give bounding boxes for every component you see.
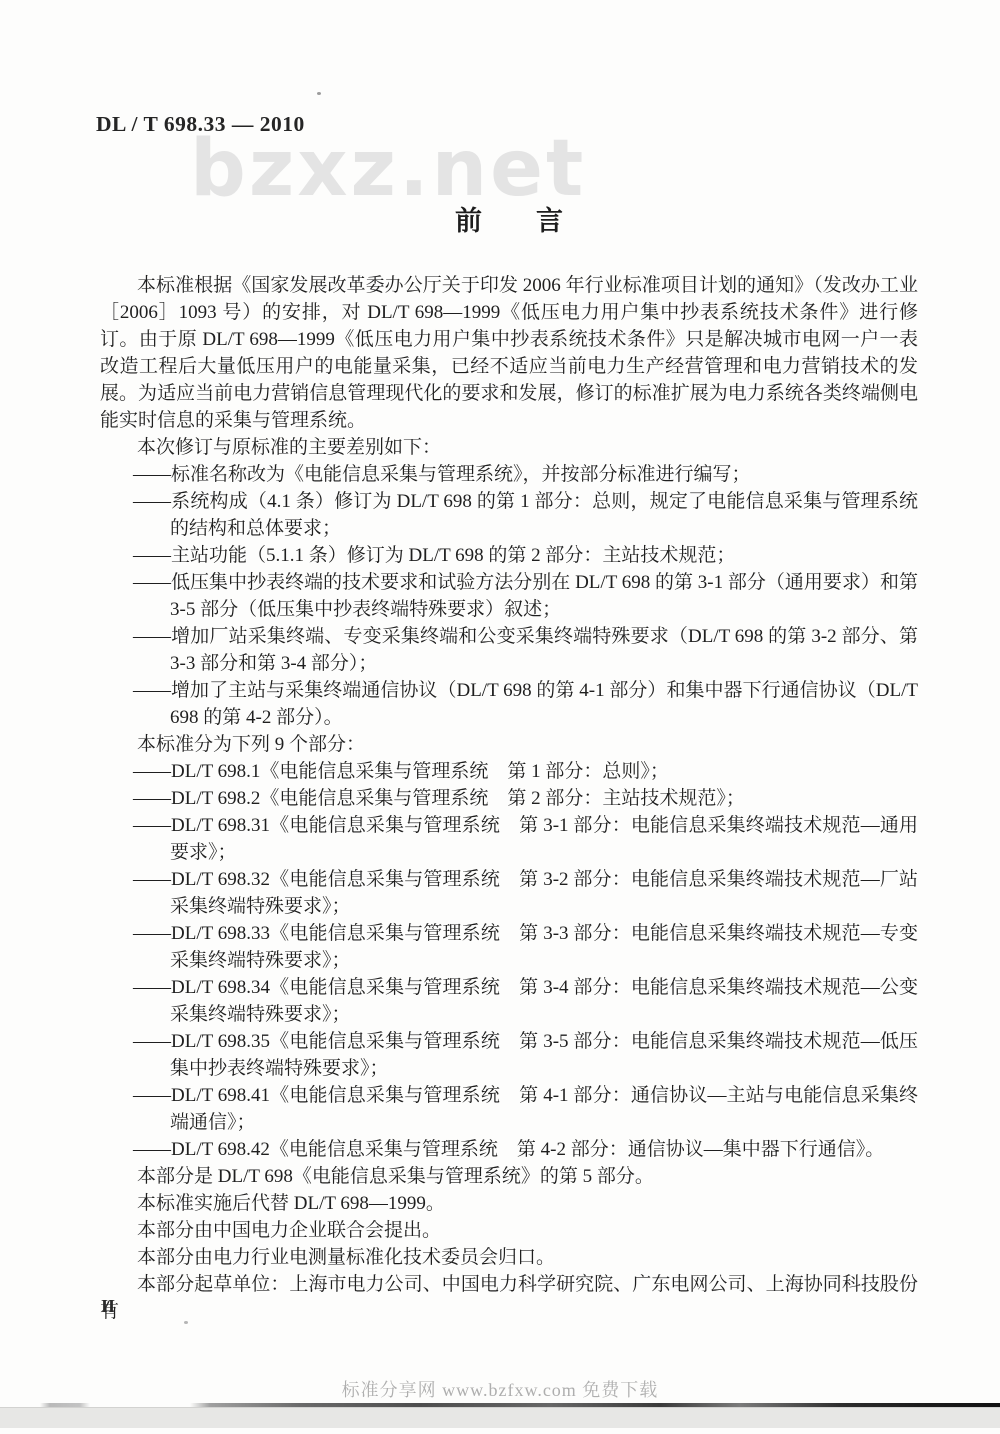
- foreword-title: 前 言: [100, 199, 918, 238]
- paragraph: 本标准根据《国家发展改革委办公厅关于印发 2006 年行业标准项目计划的通知》（…: [100, 272, 918, 434]
- list-item: ——低压集中抄表终端的技术要求和试验方法分别在 DL/T 698 的第 3-1 …: [100, 569, 918, 623]
- standard-number-header: DL / T 698.33 — 2010: [96, 112, 305, 137]
- paragraph: 本标准实施后代替 DL/T 698—1999。: [100, 1190, 918, 1217]
- list-item: ——DL/T 698.31《电能信息采集与管理系统 第 3-1 部分：电能信息采…: [100, 812, 918, 866]
- list-item: ——DL/T 698.33《电能信息采集与管理系统 第 3-3 部分：电能信息采…: [100, 920, 918, 974]
- paragraph: 本次修订与原标准的主要差别如下：: [100, 434, 918, 461]
- list-item: ——DL/T 698.35《电能信息采集与管理系统 第 3-5 部分：电能信息采…: [100, 1028, 918, 1082]
- list-item: ——DL/T 698.34《电能信息采集与管理系统 第 3-4 部分：电能信息采…: [100, 974, 918, 1028]
- list-item: ——DL/T 698.41《电能信息采集与管理系统 第 4-1 部分：通信协议—…: [100, 1082, 918, 1136]
- list-item: ——标准名称改为《电能信息采集与管理系统》，并按部分标准进行编写；: [100, 461, 918, 488]
- paragraph: 本部分起草单位：上海市电力公司、中国电力科学研究院、广东电网公司、上海协同科技股…: [100, 1271, 918, 1325]
- list-item: ——增加厂站采集终端、专变采集终端和公变采集终端特殊要求（DL/T 698 的第…: [100, 623, 918, 677]
- footer-watermark: 标准分享网 www.bzfxw.com 免费下载: [0, 1376, 1000, 1402]
- paragraph: 本标准分为下列 9 个部分：: [100, 731, 918, 758]
- paragraph: 本部分由电力行业电测量标准化技术委员会归口。: [100, 1244, 918, 1271]
- list-item: ——DL/T 698.2《电能信息采集与管理系统 第 2 部分：主站技术规范》；: [100, 785, 918, 812]
- page-number: II: [101, 1296, 115, 1317]
- list-item: ——DL/T 698.1《电能信息采集与管理系统 第 1 部分：总则》；: [100, 758, 918, 785]
- paragraph: 本部分是 DL/T 698《电能信息采集与管理系统》的第 5 部分。: [100, 1163, 918, 1190]
- list-item: ——DL/T 698.32《电能信息采集与管理系统 第 3-2 部分：电能信息采…: [100, 866, 918, 920]
- scan-speck: [184, 1321, 188, 1324]
- scan-edge-line: [0, 1403, 1000, 1407]
- list-item: ——主站功能（5.1.1 条）修订为 DL/T 698 的第 2 部分：主站技术…: [100, 542, 918, 569]
- content-area: 本标准根据《国家发展改革委办公厅关于印发 2006 年行业标准项目计划的通知》（…: [100, 272, 918, 1325]
- scan-edge-band: [0, 1407, 1000, 1428]
- paragraph: 本部分由中国电力企业联合会提出。: [100, 1217, 918, 1244]
- list-item: ——DL/T 698.42《电能信息采集与管理系统 第 4-2 部分：通信协议—…: [100, 1136, 918, 1163]
- document-page: bzxz.net DL / T 698.33 — 2010 前 言 本标准根据《…: [0, 0, 1000, 1434]
- scan-speck: [317, 92, 321, 95]
- list-item: ——增加了主站与采集终端通信协议（DL/T 698 的第 4-1 部分）和集中器…: [100, 677, 918, 731]
- list-item: ——系统构成（4.1 条）修订为 DL/T 698 的第 1 部分：总则，规定了…: [100, 488, 918, 542]
